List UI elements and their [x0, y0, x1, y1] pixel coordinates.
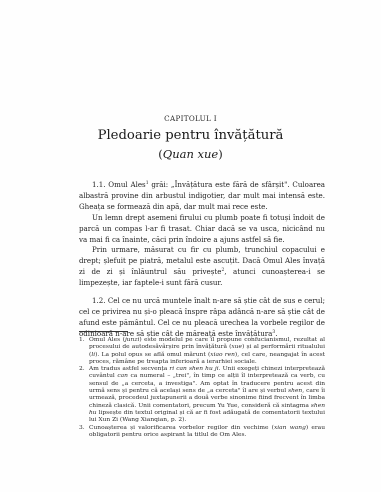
paragraph-1-2: 1.2. Cel ce nu urcă muntele înalt n-are …: [79, 296, 325, 340]
footnote-number: 1.: [79, 337, 89, 366]
footnote-3: 3. Cunoașterea și valorificarea vorbelor…: [79, 425, 325, 440]
footnote-text: Am tradus astfel secvența ri can shen hu…: [89, 366, 325, 424]
main-text: 1.1. Omul Ales1 grăi: „Învățătura este f…: [79, 180, 325, 340]
footnotes: 1. Omul Ales (junzi) este modelul pe car…: [79, 337, 325, 439]
footnote-2: 2. Am tradus astfel secvența ri can shen…: [79, 366, 325, 424]
chapter-label: CAPITOLUL I: [0, 114, 381, 123]
footnote-1: 1. Omul Ales (junzi) este modelul pe car…: [79, 337, 325, 366]
footnote-number: 2.: [79, 366, 89, 424]
book-page: CAPITOLUL I Pledoarie pentru învățătură …: [0, 0, 381, 492]
footnote-number: 3.: [79, 425, 89, 440]
paragraph-1-1-c: Prin urmare, măsurat cu fir cu plumb, tr…: [79, 245, 325, 289]
footnote-separator: [79, 331, 128, 332]
chapter-title: Pledoarie pentru învățătură: [0, 128, 381, 143]
footnote-text: Cunoașterea și valorificarea vorbelor re…: [89, 425, 325, 440]
paragraph-text: 1.1. Omul Ales: [92, 180, 146, 189]
subtitle-chinese-title: Quan xue: [163, 147, 218, 161]
paragraph-1-1-b: Un lemn drept asemeni firului cu plumb p…: [79, 213, 325, 246]
paragraph-1-1: 1.1. Omul Ales1 grăi: „Învățătura este f…: [79, 180, 325, 213]
chapter-subtitle: (Quan xue): [0, 147, 381, 161]
footnote-text: Omul Ales (junzi) este modelul pe care î…: [89, 337, 325, 366]
subtitle-close-paren: ): [218, 147, 223, 161]
